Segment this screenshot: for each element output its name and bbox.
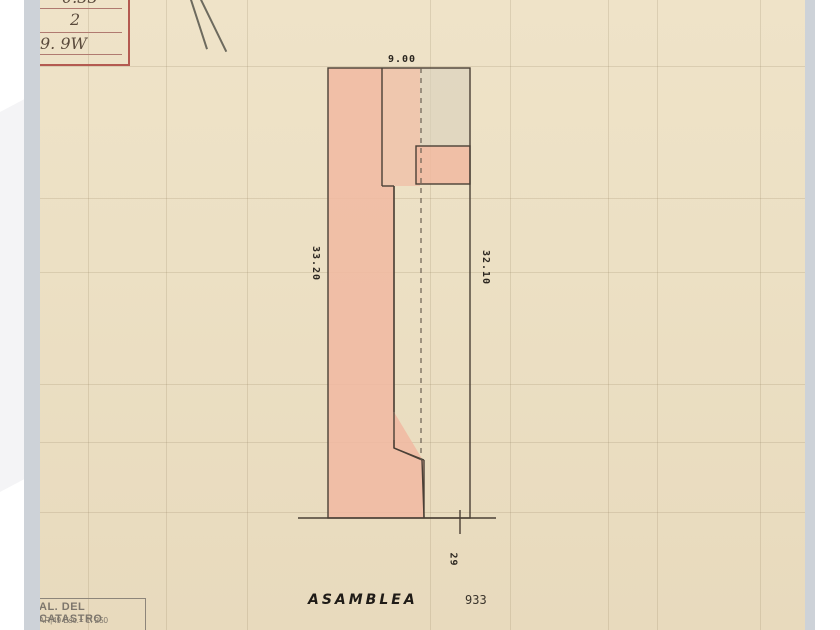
- street-name: ASAMBLEA: [308, 592, 418, 608]
- dimension-right-depth: 32.10: [480, 250, 491, 285]
- cadastral-document: 0.33 2 9. 9W 9.00 33.20 32.10 29: [40, 0, 805, 630]
- frontage-marker: 29: [448, 552, 459, 566]
- catastro-stamp-scale: AR|49 Esc.= 1: 250: [40, 616, 108, 625]
- dimension-top-width: 9.00: [388, 54, 416, 65]
- catastro-stamp: AL. DEL CATASTRO AR|49 Esc.= 1: 250: [40, 598, 146, 630]
- dimension-left-depth: 33.20: [310, 246, 321, 281]
- lot-plan-drawing: [40, 0, 805, 630]
- street-number: 933: [465, 593, 487, 607]
